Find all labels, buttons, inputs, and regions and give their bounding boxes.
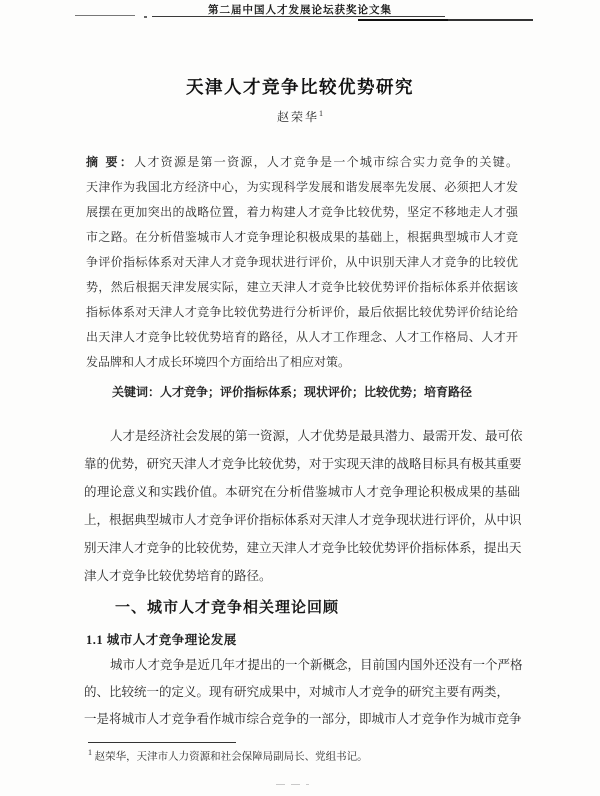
- abstract-line: 势，然后根据天津发展实际，建立天津人才竞争比较优势评价指标体系并依据该: [86, 275, 518, 300]
- section-heading: 一、城市人才竞争相关理论回顾: [115, 596, 339, 617]
- author-line: 赵荣华1: [0, 108, 600, 125]
- header-rule-right-dark: [358, 19, 448, 21]
- paragraph-line: 靠的优势，研究天津人才竞争比较优势，对于实现天津的战略目标具有极其重要: [84, 450, 520, 478]
- paragraph-line: 上，根据典型城市人才竞争评价指标体系对天津人才竞争现状进行评价，从中识: [84, 506, 520, 534]
- paragraph-line: 一是将城市人才竞争看作城市综合竞争的一部分，即城市人才竞争作为城市竞争: [84, 706, 520, 733]
- paper-page: 第二届中国人才发展论坛获奖论文集 天津人才竞争比较优势研究 赵荣华1 摘 要：人…: [0, 0, 600, 796]
- keywords-label: 关键词：: [112, 385, 160, 399]
- header-rule-dot: [144, 16, 147, 18]
- section-paragraph: 城市人才竞争是近几年才提出的一个新概念，目前国内国外还没有一个严格 的、比较统一…: [84, 652, 520, 733]
- header-rule-main: [152, 16, 445, 17]
- paragraph-line: 的理论意义和实践价值。本研究在分析借鉴城市人才竞争理论积极成果的基础: [84, 478, 520, 506]
- abstract-line: 出天津人才竞争比较优势培育的路径，从人才工作理念、人才工作格局、人才开: [86, 325, 518, 350]
- abstract-line: 争评价指标体系对天津人才竞争现状进行评价，从中识别天津人才竞争的比较优: [86, 250, 518, 275]
- abstract-line: 天津作为我国北方经济中心，为实现科学发展和谐发展率先发展、必须把人才发: [86, 175, 518, 200]
- faint-page-number-marks: [276, 784, 324, 788]
- author-name: 赵荣华: [277, 110, 319, 124]
- header-rule-left: [75, 15, 135, 16]
- paper-title: 天津人才竞争比较优势研究: [0, 74, 600, 99]
- abstract-line: 发品牌和人才成长环境四个方面给出了相应对策。: [86, 350, 518, 375]
- abstract-line: 展摆在更加突出的战略位置，着力构建人才竞争比较优势，坚定不移地走人才强: [86, 200, 518, 225]
- abstract-line: 指标体系对天津人才竞争比较优势进行分析评价，最后依据比较优势评价结论给: [86, 300, 518, 325]
- keywords-text: 人才竞争；评价指标体系；现状评价；比较优势；培育路径: [160, 385, 472, 399]
- paragraph-line: 城市人才竞争是近几年才提出的一个新概念，目前国内国外还没有一个严格: [84, 652, 520, 679]
- abstract-line: 市之路。在分析借鉴城市人才竞争理论积极成果的基础上，根据典型城市人才竞: [86, 225, 518, 250]
- intro-paragraph: 人才是经济社会发展的第一资源，人才优势是最具潜力、最需开发、最可依 靠的优势，研…: [84, 422, 520, 590]
- abstract-block: 摘 要：人才资源是第一资源，人才竞争是一个城市综合实力竞争的关键。 天津作为我国…: [86, 150, 518, 375]
- paragraph-line: 津人才竞争比较优势培育的路径。: [84, 562, 520, 590]
- paragraph-line: 的、比较统一的定义。现有研究成果中，对城市人才竞争的研究主要有两类，: [84, 679, 520, 706]
- footnote-text: 赵荣华，天津市人力资源和社会保障局副局长、党组书记。: [95, 752, 368, 763]
- abstract-line: 摘 要：人才资源是第一资源，人才竞争是一个城市综合实力竞争的关键。: [86, 150, 518, 175]
- keywords-line: 关键词：人才竞争；评价指标体系；现状评价；比较优势；培育路径: [112, 380, 522, 405]
- abstract-text: 人才资源是第一资源，人才竞争是一个城市综合实力竞争的关键。: [134, 155, 518, 169]
- footnote-marker: 1: [88, 748, 92, 757]
- footnote-separator: [88, 742, 236, 743]
- header-rule-right: [448, 19, 533, 21]
- subsection-heading: 1.1 城市人才竞争理论发展: [86, 630, 237, 648]
- footnote: 1 赵荣华，天津市人力资源和社会保障局副局长、党组书记。: [88, 748, 518, 764]
- abstract-label: 摘 要：: [86, 155, 134, 169]
- author-footnote-marker: 1: [319, 109, 323, 118]
- paragraph-line: 别天津人才竞争的比较优势，建立天津人才竞争比较优势评价指标体系，提出天: [84, 534, 520, 562]
- paragraph-line: 人才是经济社会发展的第一资源，人才优势是最具潜力、最需开发、最可依: [84, 422, 520, 450]
